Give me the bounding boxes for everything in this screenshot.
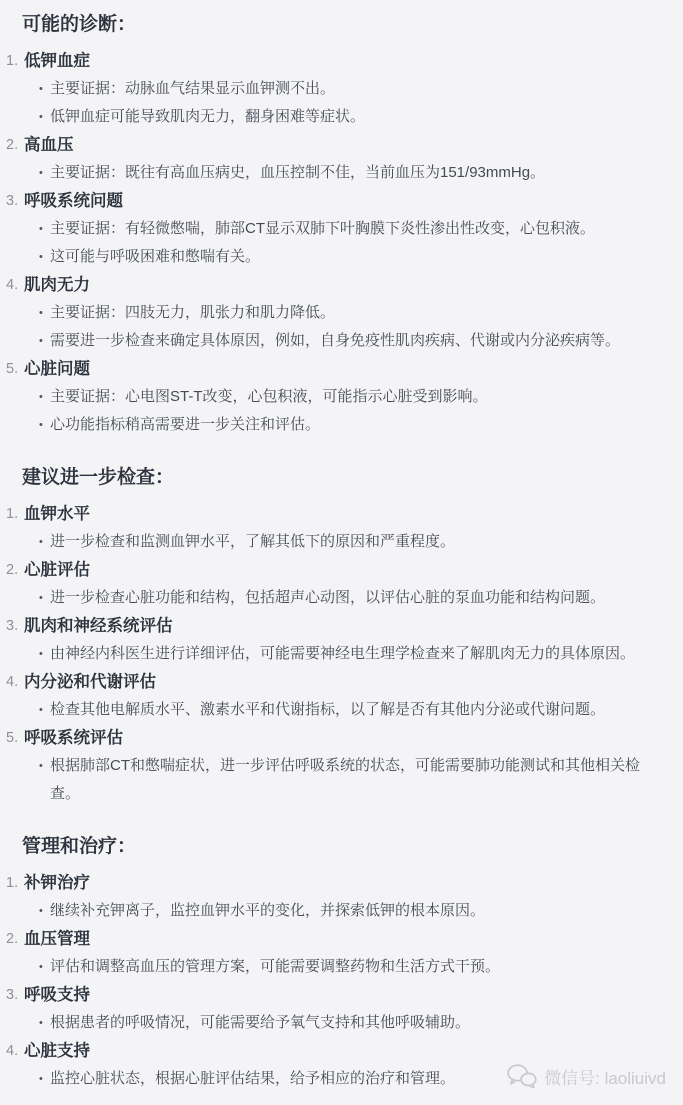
list-item: 1. 低钾血症 主要证据：动脉血气结果显示血钾测不出。 低钾血症可能导致肌肉无力… xyxy=(0,47,668,131)
section-further-tests: 建议进一步检查： 1. 血钾水平 进一步检查和监测血钾水平，了解其低下的原因和严… xyxy=(0,463,668,808)
bullet-text: 评估和调整高血压的管理方案，可能需要调整药物和生活方式干预。 xyxy=(40,953,668,981)
item-title: 呼吸系统问题 xyxy=(24,187,668,215)
bullet-list: 继续补充钾离子，监控血钾水平的变化，并探索低钾的根本原因。 xyxy=(24,897,668,925)
section-heading: 可能的诊断： xyxy=(22,10,668,40)
bullet-list: 主要证据：心电图ST-T改变，心包积液，可能指示心脏受到影响。 心功能指标稍高需… xyxy=(24,383,668,439)
list-item: 5. 呼吸系统评估 根据肺部CT和憋喘症状，进一步评估呼吸系统的状态，可能需要肺… xyxy=(0,724,668,808)
item-title: 心脏评估 xyxy=(24,556,668,584)
item-number: 2. xyxy=(6,925,18,953)
bullet-list: 主要证据：有轻微憋喘，肺部CT显示双肺下叶胸膜下炎性渗出性改变，心包积液。 这可… xyxy=(24,215,668,271)
item-title: 高血压 xyxy=(24,131,668,159)
bullet-list: 由神经内科医生进行详细评估，可能需要神经电生理学检查来了解肌肉无力的具体原因。 xyxy=(24,640,668,668)
item-title: 心脏问题 xyxy=(24,355,668,383)
item-title: 肌肉无力 xyxy=(24,271,668,299)
item-number: 4. xyxy=(6,271,18,299)
list-item: 3. 呼吸支持 根据患者的呼吸情况，可能需要给予氧气支持和其他呼吸辅助。 xyxy=(0,981,668,1037)
item-number: 5. xyxy=(6,724,18,752)
bullet-text: 主要证据：四肢无力，肌张力和肌力降低。 xyxy=(40,299,668,327)
item-title: 呼吸系统评估 xyxy=(24,724,668,752)
section-heading: 建议进一步检查： xyxy=(22,463,668,493)
item-title: 补钾治疗 xyxy=(24,869,668,897)
document: 可能的诊断： 1. 低钾血症 主要证据：动脉血气结果显示血钾测不出。 低钾血症可… xyxy=(0,10,683,1093)
list-item: 2. 血压管理 评估和调整高血压的管理方案，可能需要调整药物和生活方式干预。 xyxy=(0,925,668,981)
bullet-text: 根据患者的呼吸情况，可能需要给予氧气支持和其他呼吸辅助。 xyxy=(40,1009,668,1037)
bullet-text: 主要证据：动脉血气结果显示血钾测不出。 xyxy=(40,75,668,103)
item-number: 2. xyxy=(6,556,18,584)
bullet-text: 进一步检查和监测血钾水平，了解其低下的原因和严重程度。 xyxy=(40,528,668,556)
item-number: 3. xyxy=(6,981,18,1009)
item-title: 低钾血症 xyxy=(24,47,668,75)
item-title: 血压管理 xyxy=(24,925,668,953)
bullet-text: 主要证据：既往有高血压病史，血压控制不佳，当前血压为151/93mmHg。 xyxy=(40,159,668,187)
bullet-list: 主要证据：动脉血气结果显示血钾测不出。 低钾血症可能导致肌肉无力，翻身困难等症状… xyxy=(24,75,668,131)
bullet-list: 检查其他电解质水平、激素水平和代谢指标，以了解是否有其他内分泌或代谢问题。 xyxy=(24,696,668,724)
item-number: 3. xyxy=(6,187,18,215)
bullet-text: 进一步检查心脏功能和结构，包括超声心动图，以评估心脏的泵血功能和结构问题。 xyxy=(40,584,668,612)
wechat-watermark: 微信号: laoliuivd xyxy=(506,1063,666,1089)
bullet-text: 主要证据：有轻微憋喘，肺部CT显示双肺下叶胸膜下炎性渗出性改变，心包积液。 xyxy=(40,215,668,243)
bullet-text: 低钾血症可能导致肌肉无力，翻身困难等症状。 xyxy=(40,103,668,131)
list-item: 5. 心脏问题 主要证据：心电图ST-T改变，心包积液，可能指示心脏受到影响。 … xyxy=(0,355,668,439)
item-number: 1. xyxy=(6,869,18,897)
bullet-text: 需要进一步检查来确定具体原因，例如，自身免疫性肌肉疾病、代谢或内分泌疾病等。 xyxy=(40,327,668,355)
bullet-text: 检查其他电解质水平、激素水平和代谢指标，以了解是否有其他内分泌或代谢问题。 xyxy=(40,696,668,724)
item-number: 5. xyxy=(6,355,18,383)
wechat-id-label: 微信号: laoliuivd xyxy=(544,1064,666,1089)
item-title: 血钾水平 xyxy=(24,500,668,528)
bullet-list: 进一步检查和监测血钾水平，了解其低下的原因和严重程度。 xyxy=(24,528,668,556)
bullet-text: 这可能与呼吸困难和憋喘有关。 xyxy=(40,243,668,271)
section-diagnoses: 可能的诊断： 1. 低钾血症 主要证据：动脉血气结果显示血钾测不出。 低钾血症可… xyxy=(0,10,668,439)
bullet-text: 心功能指标稍高需要进一步关注和评估。 xyxy=(40,411,668,439)
section-management: 管理和治疗： 1. 补钾治疗 继续补充钾离子，监控血钾水平的变化，并探索低钾的根… xyxy=(0,832,668,1093)
bullet-list: 根据肺部CT和憋喘症状，进一步评估呼吸系统的状态，可能需要肺功能测试和其他相关检… xyxy=(24,752,668,808)
list-item: 3. 肌肉和神经系统评估 由神经内科医生进行详细评估，可能需要神经电生理学检查来… xyxy=(0,612,668,668)
item-title: 呼吸支持 xyxy=(24,981,668,1009)
bullet-text: 根据肺部CT和憋喘症状，进一步评估呼吸系统的状态，可能需要肺功能测试和其他相关检… xyxy=(40,752,668,808)
bullet-list: 主要证据：四肢无力，肌张力和肌力降低。 需要进一步检查来确定具体原因，例如，自身… xyxy=(24,299,668,355)
item-number: 4. xyxy=(6,668,18,696)
item-title: 内分泌和代谢评估 xyxy=(24,668,668,696)
bullet-text: 继续补充钾离子，监控血钾水平的变化，并探索低钾的根本原因。 xyxy=(40,897,668,925)
list-item: 1. 血钾水平 进一步检查和监测血钾水平，了解其低下的原因和严重程度。 xyxy=(0,500,668,556)
section-heading: 管理和治疗： xyxy=(22,832,668,862)
item-number: 4. xyxy=(6,1037,18,1065)
list-item: 2. 心脏评估 进一步检查心脏功能和结构，包括超声心动图，以评估心脏的泵血功能和… xyxy=(0,556,668,612)
item-number: 3. xyxy=(6,612,18,640)
item-number: 1. xyxy=(6,500,18,528)
list-item: 3. 呼吸系统问题 主要证据：有轻微憋喘，肺部CT显示双肺下叶胸膜下炎性渗出性改… xyxy=(0,187,668,271)
item-title: 心脏支持 xyxy=(24,1037,668,1065)
list-item: 4. 肌肉无力 主要证据：四肢无力，肌张力和肌力降低。 需要进一步检查来确定具体… xyxy=(0,271,668,355)
bullet-list: 评估和调整高血压的管理方案，可能需要调整药物和生活方式干预。 xyxy=(24,953,668,981)
list-item: 1. 补钾治疗 继续补充钾离子，监控血钾水平的变化，并探索低钾的根本原因。 xyxy=(0,869,668,925)
list-item: 2. 高血压 主要证据：既往有高血压病史，血压控制不佳，当前血压为151/93m… xyxy=(0,131,668,187)
item-number: 1. xyxy=(6,47,18,75)
bullet-list: 进一步检查心脏功能和结构，包括超声心动图，以评估心脏的泵血功能和结构问题。 xyxy=(24,584,668,612)
bullet-list: 主要证据：既往有高血压病史，血压控制不佳，当前血压为151/93mmHg。 xyxy=(24,159,668,187)
bullet-list: 根据患者的呼吸情况，可能需要给予氧气支持和其他呼吸辅助。 xyxy=(24,1009,668,1037)
item-number: 2. xyxy=(6,131,18,159)
bullet-text: 主要证据：心电图ST-T改变，心包积液，可能指示心脏受到影响。 xyxy=(40,383,668,411)
item-title: 肌肉和神经系统评估 xyxy=(24,612,668,640)
bullet-text: 由神经内科医生进行详细评估，可能需要神经电生理学检查来了解肌肉无力的具体原因。 xyxy=(40,640,668,668)
wechat-icon xyxy=(506,1063,537,1089)
list-item: 4. 内分泌和代谢评估 检查其他电解质水平、激素水平和代谢指标，以了解是否有其他… xyxy=(0,668,668,724)
